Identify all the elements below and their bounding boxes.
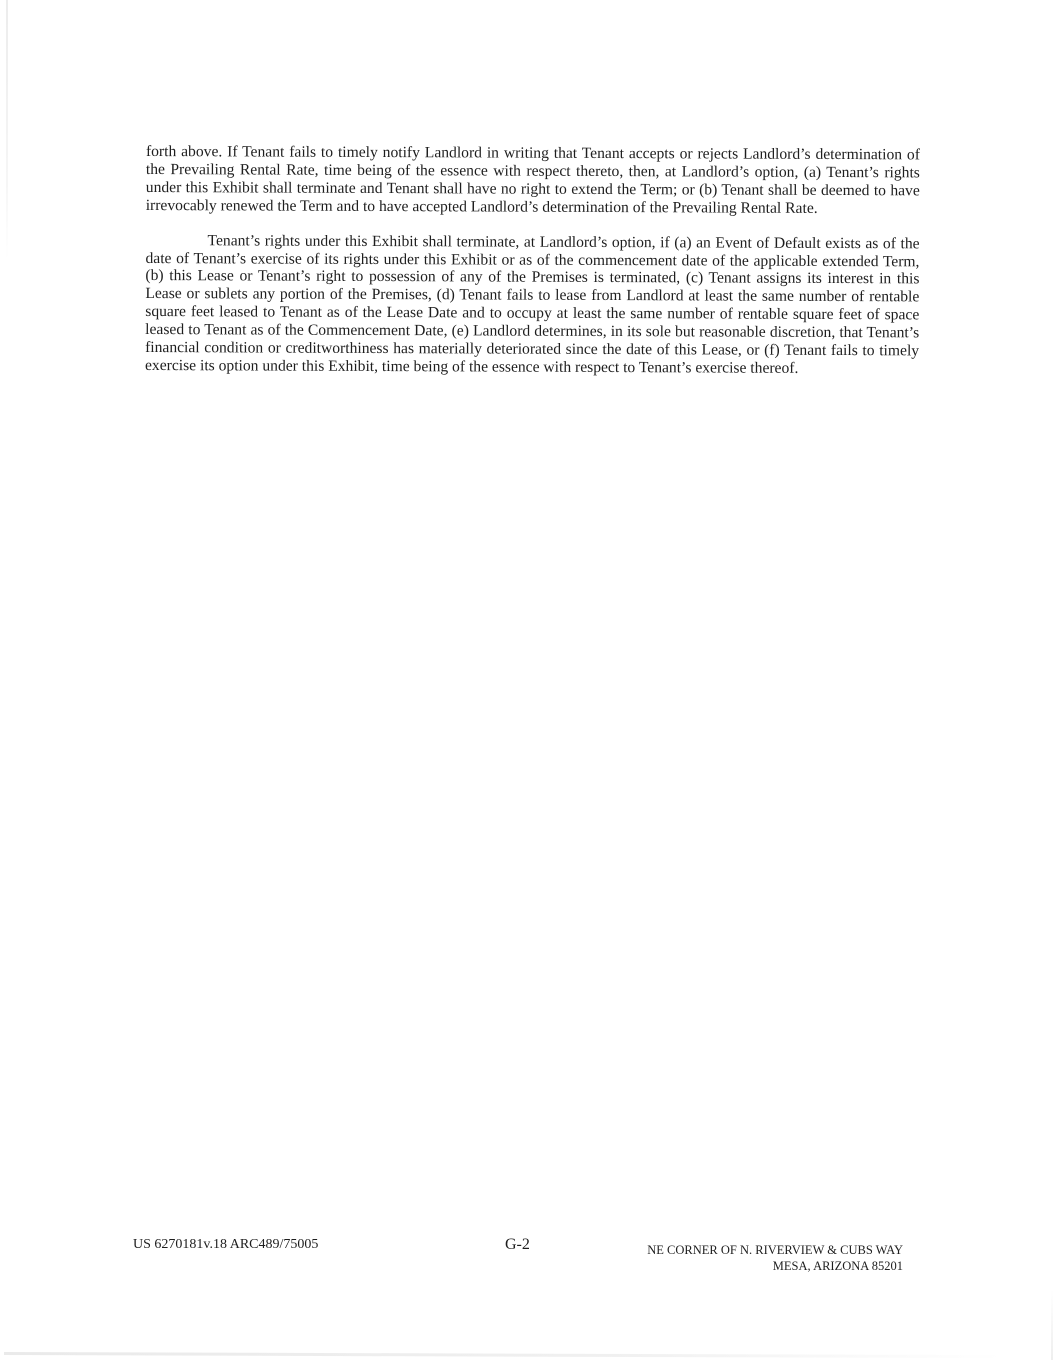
scan-edge-left — [6, 0, 8, 260]
property-address: NE CORNER OF N. RIVERVIEW & CUBS WAY MES… — [630, 1242, 903, 1274]
document-body: forth above. If Tenant fails to timely n… — [145, 143, 920, 378]
paragraph-termination-conditions: Tenant’s rights under this Exhibit shall… — [145, 232, 920, 379]
document-id: US 6270181v.18 ARC489/75005 — [133, 1236, 318, 1253]
page-number: G-2 — [505, 1236, 530, 1253]
scan-edge-right — [1051, 1290, 1053, 1360]
address-line-1: NE CORNER OF N. RIVERVIEW & CUBS WAY — [630, 1242, 903, 1258]
scan-edge-bottom — [4, 1352, 1004, 1358]
address-line-2: MESA, ARIZONA 85201 — [630, 1258, 903, 1274]
paragraph-continuation: forth above. If Tenant fails to timely n… — [146, 143, 920, 218]
